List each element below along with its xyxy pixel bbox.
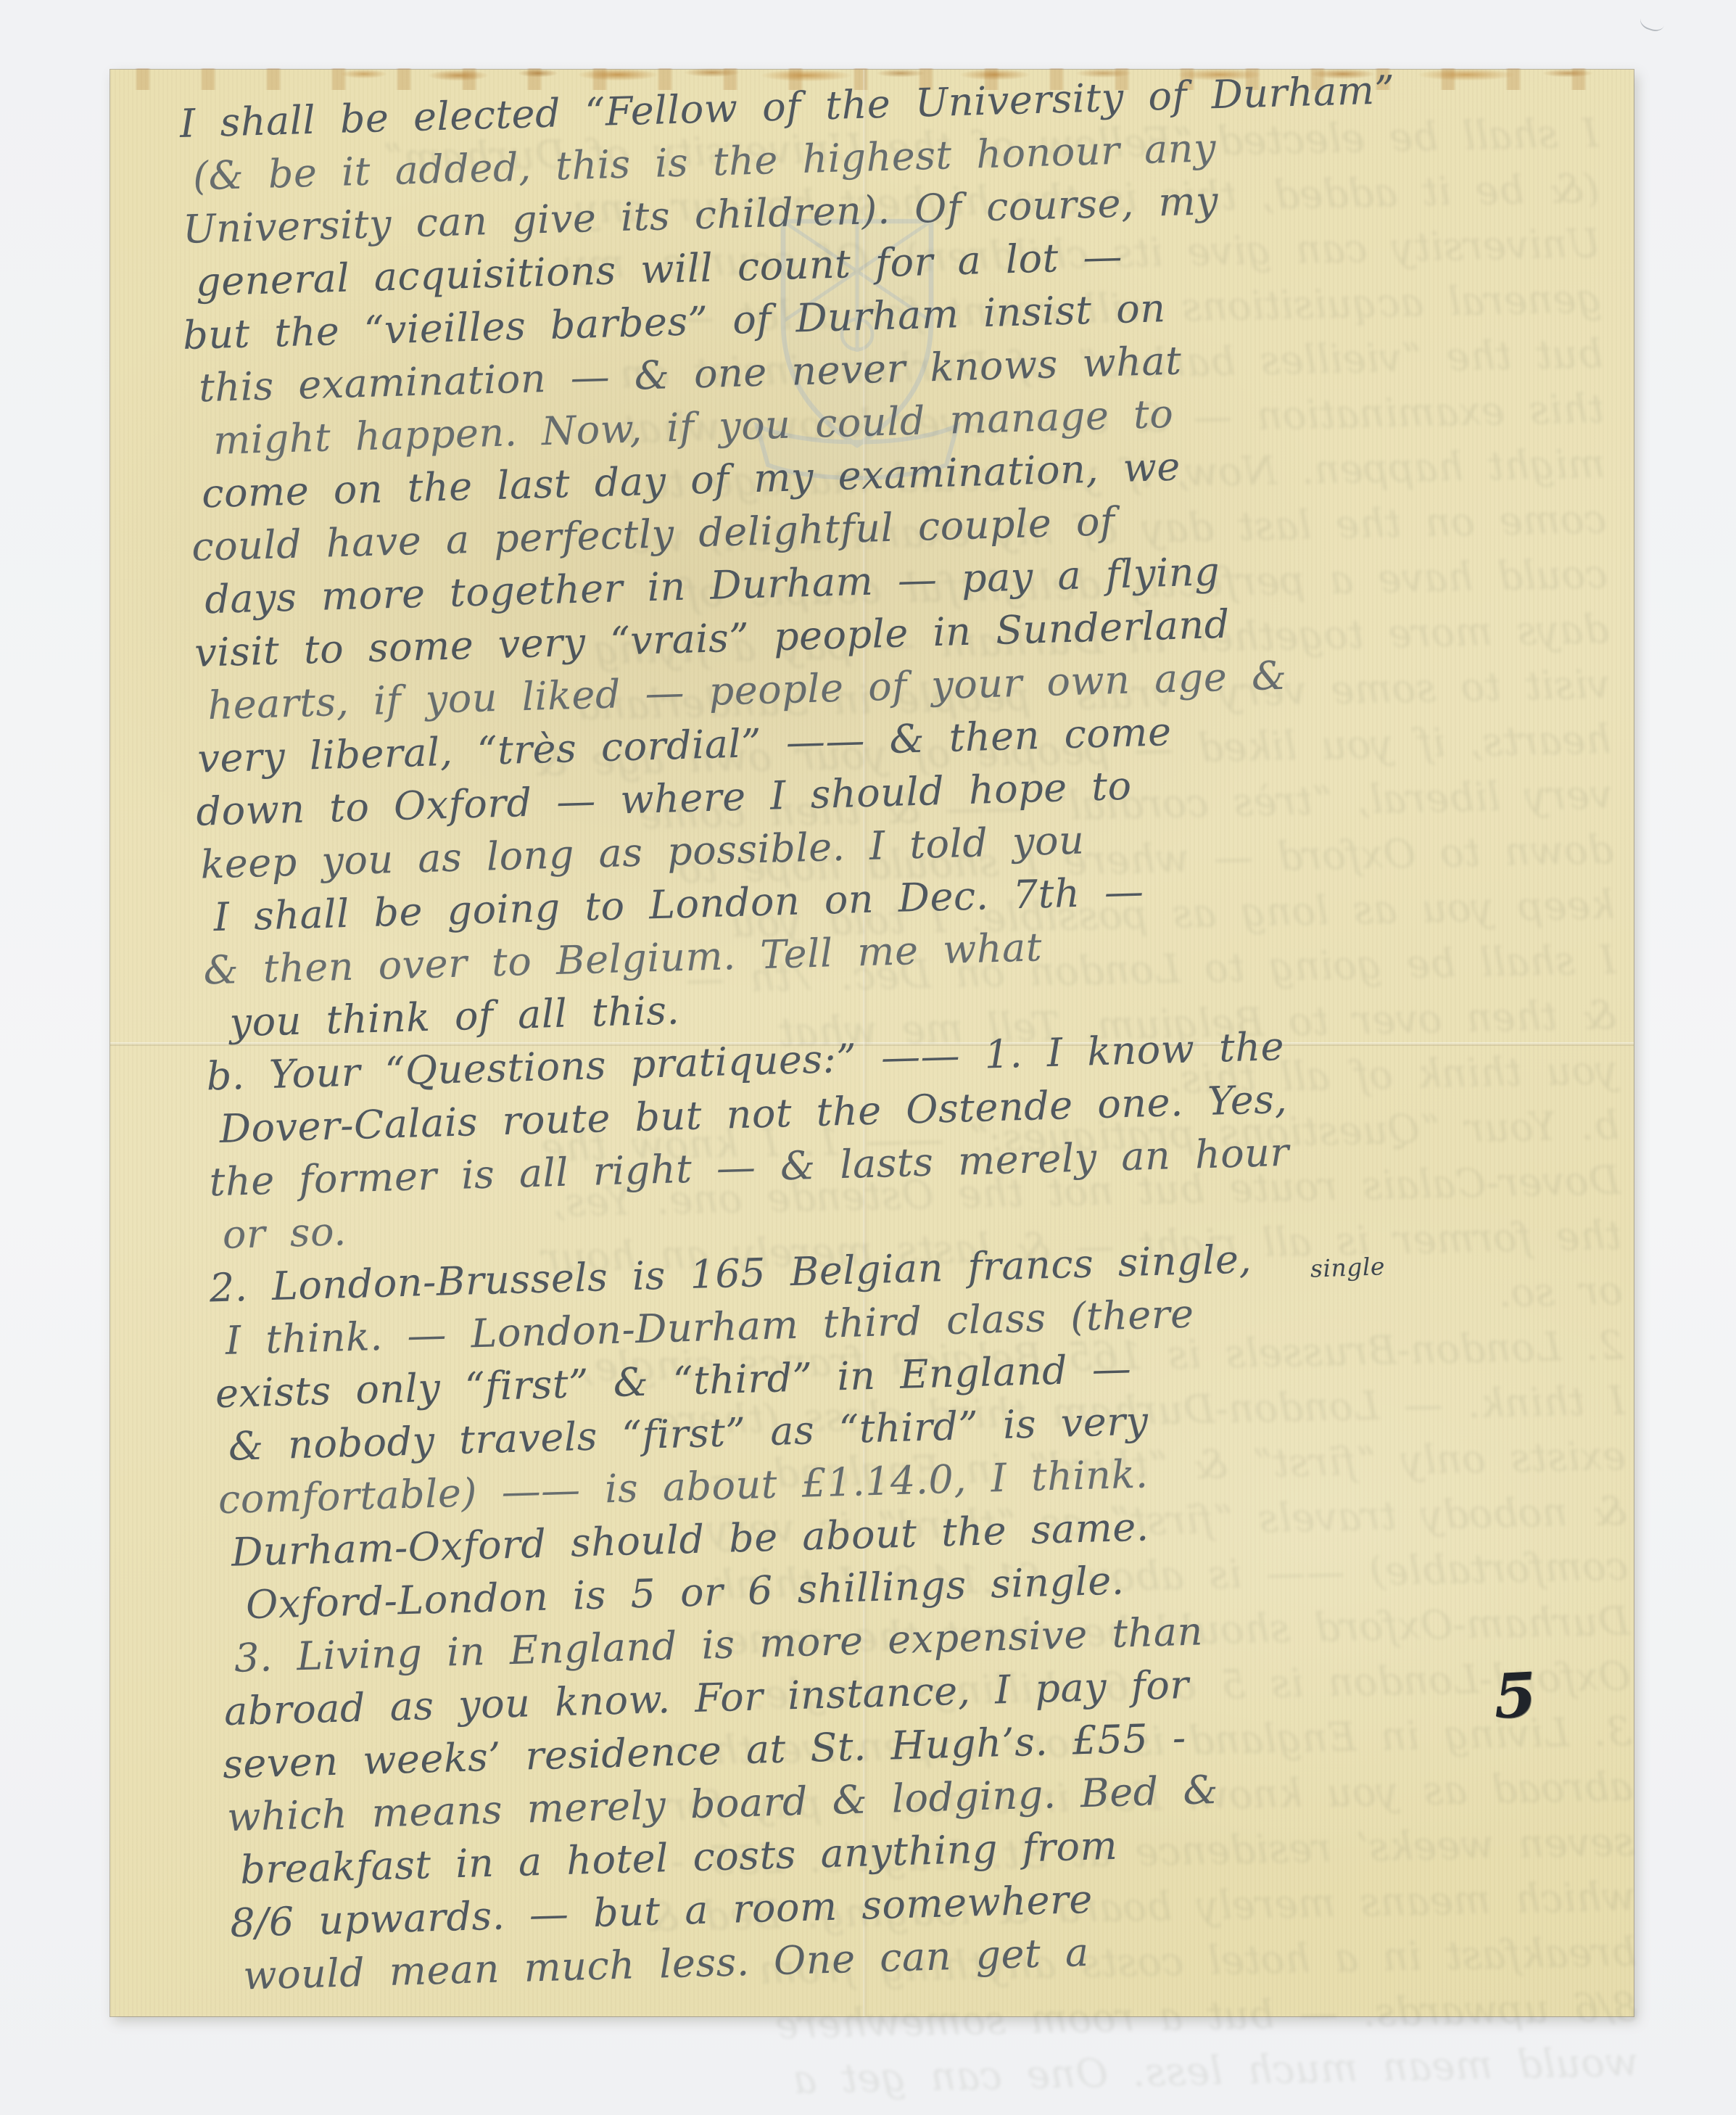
stray-fiber-mark [1638,8,1667,33]
handwritten-line: would mean much less. One can get a [217,2034,1639,2115]
interlinear-insertion: single [1310,1252,1385,1283]
page-number: 5 [1492,1659,1538,1733]
handwriting-text: I shall be elected “Fellow of the Univer… [179,57,1661,2003]
letter-page: I shall be elected “Fellow of the Univer… [110,70,1634,2016]
scan-background: I shall be elected “Fellow of the Univer… [0,0,1736,2115]
